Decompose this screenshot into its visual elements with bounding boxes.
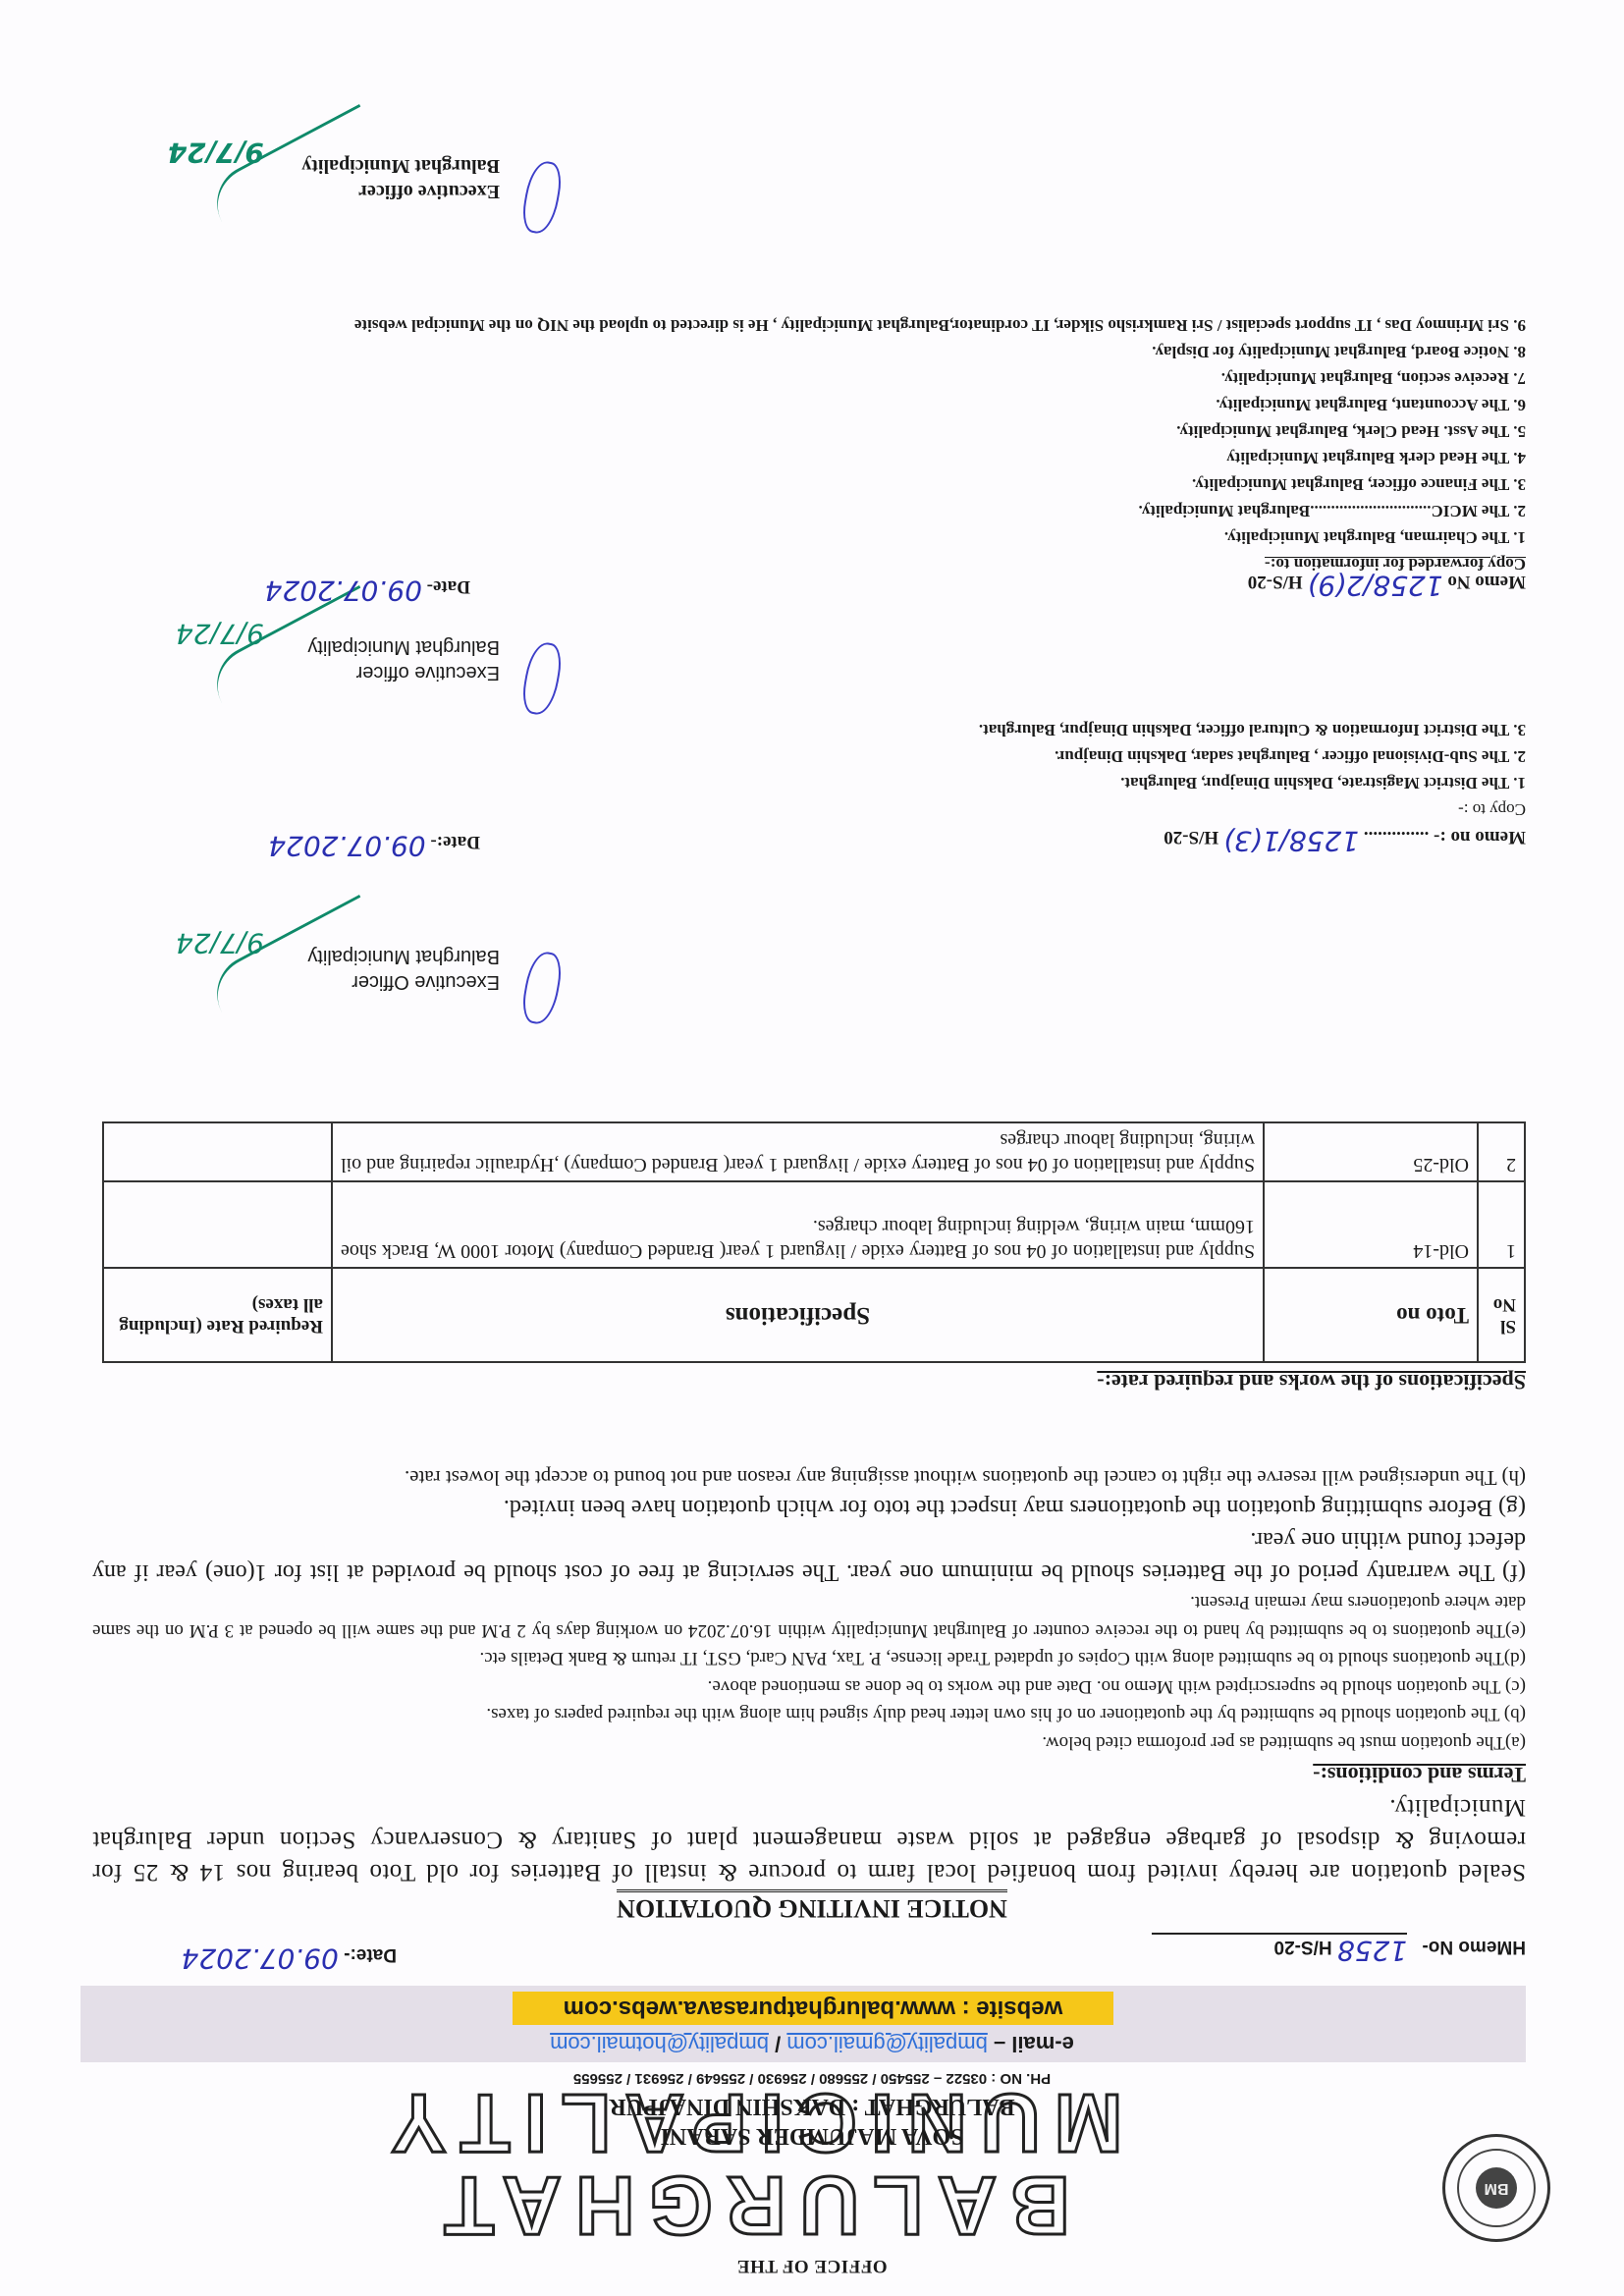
term-e: (e)The quotations to be submitted by han…	[92, 1588, 1526, 1644]
list-item: 4. The Head clerk Balurghat Municipality	[92, 445, 1526, 471]
copy-memo-date: Date:- 09.07.2024	[268, 830, 480, 862]
memo-date-handwritten: 09.07.2024	[182, 1942, 339, 1975]
copy-memo-number: Memo no :- .............. 1258/1(3) H/S-…	[1164, 825, 1526, 857]
col-required-rate: Required Rate (Including all taxes)	[103, 1268, 332, 1362]
list-item: 1. The District Magistrate, Dakshin Dina…	[979, 770, 1526, 796]
memo-suffix: H/S-20	[1273, 1937, 1331, 1957]
memo-label: HMemo No-	[1422, 1937, 1526, 1957]
phone-numbers: PH. NO : 03522 – 255450 / 255680 / 25693…	[0, 2070, 1624, 2087]
scanned-notice-page: OFFICE OF THE BM BALURGHAT MUNICIPALITY …	[0, 0, 1624, 2296]
signature-date: 9/7/24	[176, 621, 264, 646]
copy-forwarded-list: Copy forwarded for information to:- 1. T…	[92, 312, 1526, 577]
table-row: 2 Old-25 Supply and installation of 04 n…	[103, 1122, 1525, 1181]
cell-spec: Supply and installation of 04 nos of Bat…	[332, 1122, 1264, 1181]
list-item: 5. The Asst. Head Clerk, Balurghat Munic…	[92, 418, 1526, 445]
signature-scribble-icon	[519, 640, 565, 718]
cell-spec: Supply and installation of 04 nos of Bat…	[332, 1181, 1264, 1268]
term-g: (g) Before submitting quotation the quot…	[92, 1491, 1526, 1523]
forward-memo-date: Date- 09.07.2024	[265, 574, 470, 607]
email-link-gmail[interactable]: bmpality@gmail.com	[786, 2032, 988, 2056]
table-row: 1 Old-14 Supply and installation of 04 n…	[103, 1181, 1525, 1268]
address-line-1: SOVA MAJUMDER SARANI	[0, 2122, 1624, 2149]
copy-to-heading: Copy to :-	[979, 796, 1526, 823]
cell-sl: 2	[1478, 1122, 1525, 1181]
term-a: (a)The quotation must be submitted as pe…	[92, 1728, 1526, 1757]
specifications-table: Sl No Toto no Specifications Required Ra…	[102, 1121, 1526, 1363]
signature-block-2: Executive officer Balurghat Municipality…	[307, 634, 500, 685]
email-link-hotmail[interactable]: bmpality@hotmail.com	[550, 2032, 769, 2056]
cell-toto: Old-25	[1264, 1122, 1478, 1181]
memo-number-handwritten: 1258	[1337, 1935, 1407, 1967]
list-item: 6. The Accountant, Balurghat Municipalit…	[92, 392, 1526, 418]
copy-to-list: Copy to :- 1. The District Magistrate, D…	[979, 717, 1526, 823]
notice-title: NOTICE INVITING QUOTATION	[0, 1893, 1624, 1923]
copy-forwarded-heading: Copy forwarded for information to:-	[92, 551, 1526, 577]
list-item: 3. The District Information & Cultural o…	[979, 717, 1526, 743]
term-f: (f) The warranty period of the Batteries…	[92, 1523, 1526, 1588]
terms-list: (a)The quotation must be submitted as pe…	[92, 1464, 1526, 1756]
specifications-heading: Specifications of the works and required…	[1097, 1369, 1526, 1394]
municipality-seal-icon: BM	[1442, 2134, 1550, 2242]
cell-toto: Old-14	[1264, 1181, 1478, 1268]
signature-date: 9/7/24	[176, 930, 264, 956]
memo-date: Date:- 09.07.2024	[182, 1942, 397, 1975]
col-toto-no: Toto no	[1264, 1268, 1478, 1362]
office-of-label: OFFICE OF THE	[0, 2255, 1624, 2276]
website-link[interactable]: website : www.balurghatpurasava.webs.com	[513, 1992, 1113, 2025]
terms-heading: Terms and conditions:-	[1313, 1762, 1526, 1787]
term-h: (h) The undersigned will reserve the rig…	[92, 1464, 1526, 1491]
memo-number: HMemo No- 1258 H/S-20	[1152, 1933, 1526, 1967]
signature-scribble-icon	[519, 159, 565, 237]
cell-sl: 1	[1478, 1181, 1525, 1268]
email-separator: /	[775, 2032, 781, 2056]
list-item: 3. The Finance officer, Balurghat Munici…	[92, 471, 1526, 498]
list-item: 1. The Chairman, Balurghat Municipality.	[92, 524, 1526, 551]
email-line: e-mail – bmpality@gmail.com / bmpality@h…	[0, 2031, 1624, 2056]
memo-number-field: 1258 H/S-20	[1152, 1933, 1407, 1967]
signatory-title: Executive officer	[301, 179, 500, 204]
col-sl-no: Sl No	[1478, 1268, 1525, 1362]
term-b: (b) The quotation should be submitted by…	[92, 1700, 1526, 1728]
signatory-title: Executive officer	[307, 660, 500, 685]
address-line-2: BALURGHAT : DAKSHIN DINAJPUR	[0, 2093, 1624, 2119]
term-c: (c) The quotation should be superscripte…	[92, 1672, 1526, 1701]
list-item: 2. The Sub-Divisional officer , Balurgha…	[979, 743, 1526, 770]
notice-intro: Sealed quotation are hereby invited from…	[92, 1791, 1526, 1888]
signature-scribble-icon	[519, 950, 565, 1027]
col-specifications: Specifications	[332, 1268, 1264, 1362]
signature-date: 9/7/24	[168, 139, 264, 165]
list-item: 8. Notice Board, Balurghat Municipality …	[92, 339, 1526, 365]
seal-emblem: BM	[1476, 2167, 1517, 2209]
signature-block-3: Executive officer Balurghat Municipality…	[301, 153, 500, 204]
list-item: 9. Sri Mrinmoy Das , IT support speciali…	[92, 312, 1526, 339]
list-item: 2. The MCIC.............................…	[92, 498, 1526, 524]
memo-date-label: Date:-	[344, 1944, 397, 1965]
email-label: e-mail –	[994, 2032, 1074, 2056]
signature-block-1: Executive Officer Balurghat Municipality…	[307, 944, 500, 995]
term-d: (d)The quotations should to be submitted…	[92, 1644, 1526, 1672]
cell-rate	[103, 1122, 332, 1181]
table-header-row: Sl No Toto no Specifications Required Ra…	[103, 1268, 1525, 1362]
signatory-title: Executive Officer	[307, 969, 500, 995]
cell-rate	[103, 1181, 332, 1268]
list-item: 7. Receive section, Balurghat Municipali…	[92, 365, 1526, 392]
